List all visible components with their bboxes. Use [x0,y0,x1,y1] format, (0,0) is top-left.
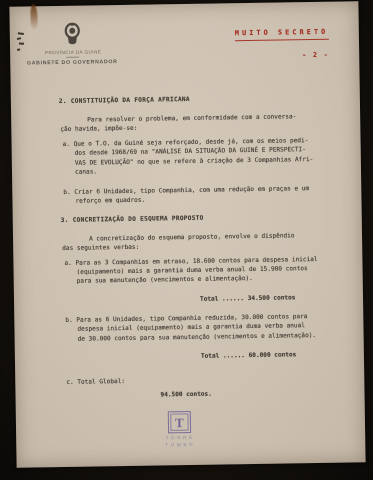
section-heading: 3. CONCRETIZAÇÃO DO ESQUEMA PROPOSTO [61,211,362,225]
grand-total-line: 94.500 contos. [160,387,364,400]
section-heading: 2. CONSTITUIÇÃO DA FORÇA AFRICANA [59,92,360,106]
subtotal-line: Total ...... 60.000 contos [201,349,364,361]
subtotal-line: Total ...... 34.500 contos [200,292,363,304]
stamp-text-line2: TOMBO [149,442,211,448]
doc-line: c. Total Global: [66,373,364,387]
document-page: PROVÍNCIA DA GUINÉ GABINETE DO GOVERNADO… [9,1,365,467]
scanned-document-viewer: { "document": { "letterhead": { "crest_i… [0,0,373,480]
document-body: 2. CONSTITUIÇÃO DA FORÇA AFRICANA Para r… [9,1,364,402]
stamp-letter: T [175,416,184,429]
archive-stamp-icon: T [168,411,191,433]
stamp-text-line1: TORRE [149,435,211,441]
